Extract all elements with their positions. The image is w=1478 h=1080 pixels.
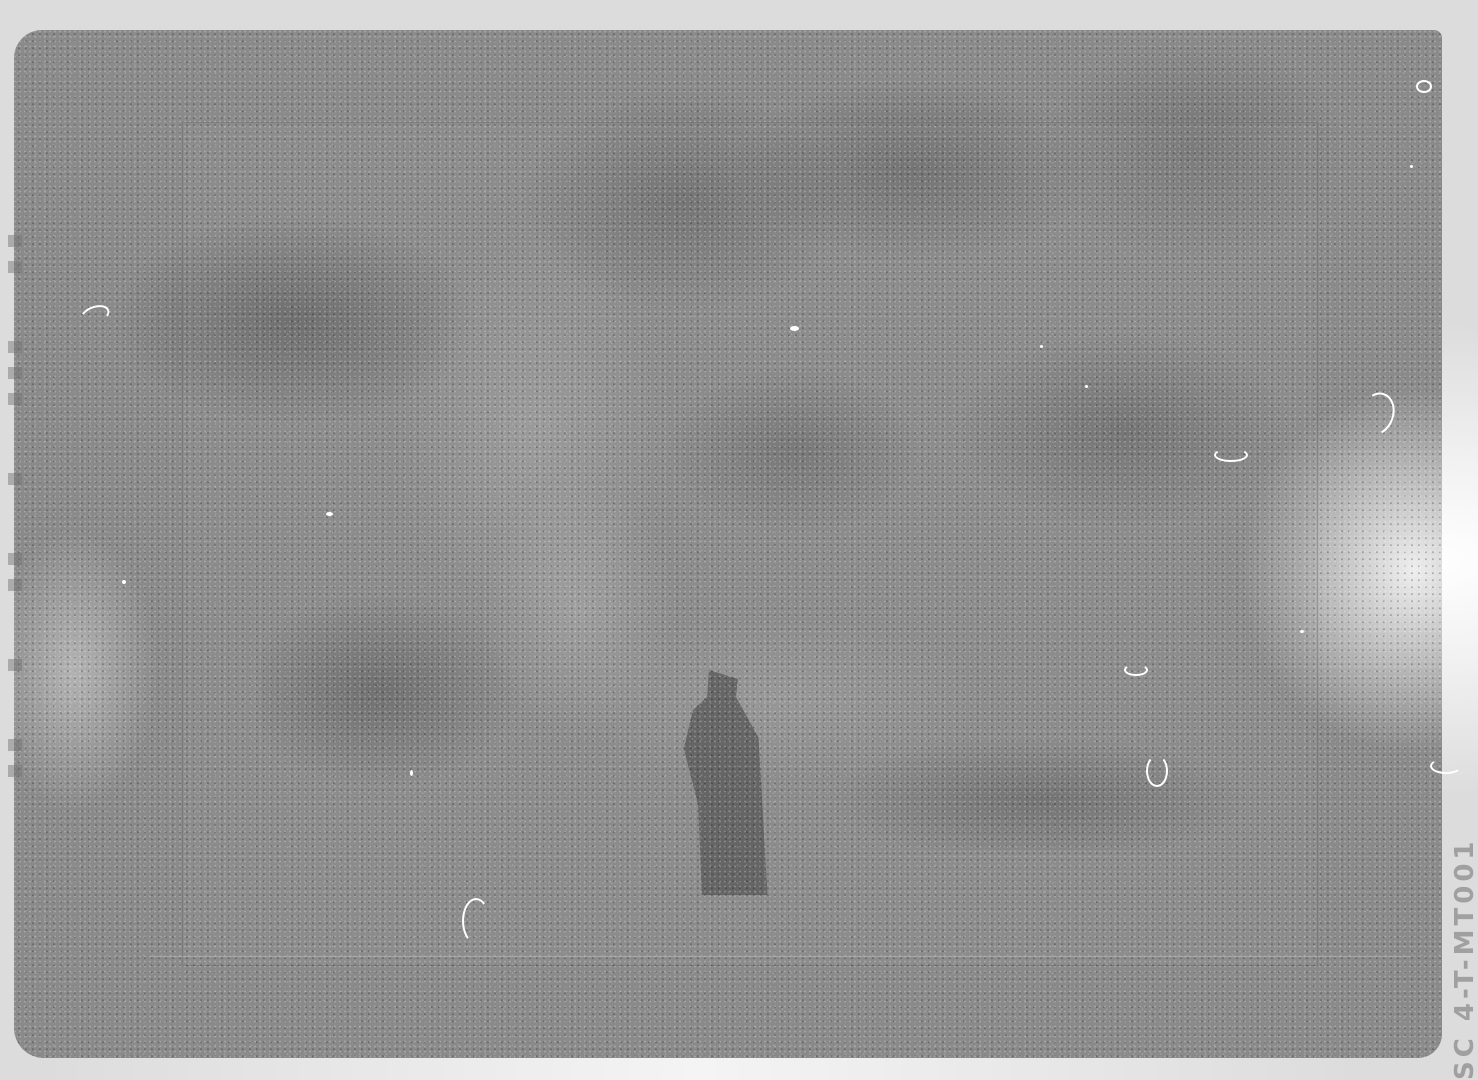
hair-scratch [1146, 755, 1168, 787]
film-frame [14, 30, 1442, 1058]
left-edge-markings [8, 235, 26, 995]
dust-speck [1085, 385, 1088, 388]
dust-speck [790, 326, 799, 331]
dust-speck [1410, 165, 1413, 168]
hair-scratch [1214, 448, 1248, 462]
print-area [182, 122, 1318, 966]
landscape-scene [259, 470, 1309, 850]
edge-code-text: SC 4-T-MT001 [1450, 340, 1478, 1080]
dust-speck [326, 512, 333, 516]
hair-scratch [1124, 664, 1148, 676]
dust-speck [410, 770, 413, 776]
dust-speck [1300, 630, 1304, 633]
hair-scratch [1416, 80, 1432, 93]
dust-speck [122, 580, 126, 584]
hair-scratch [1430, 758, 1462, 774]
standing-figure [682, 670, 772, 895]
hair-scratch [462, 898, 490, 944]
frame-line [150, 956, 1410, 957]
dust-speck [1040, 345, 1043, 348]
